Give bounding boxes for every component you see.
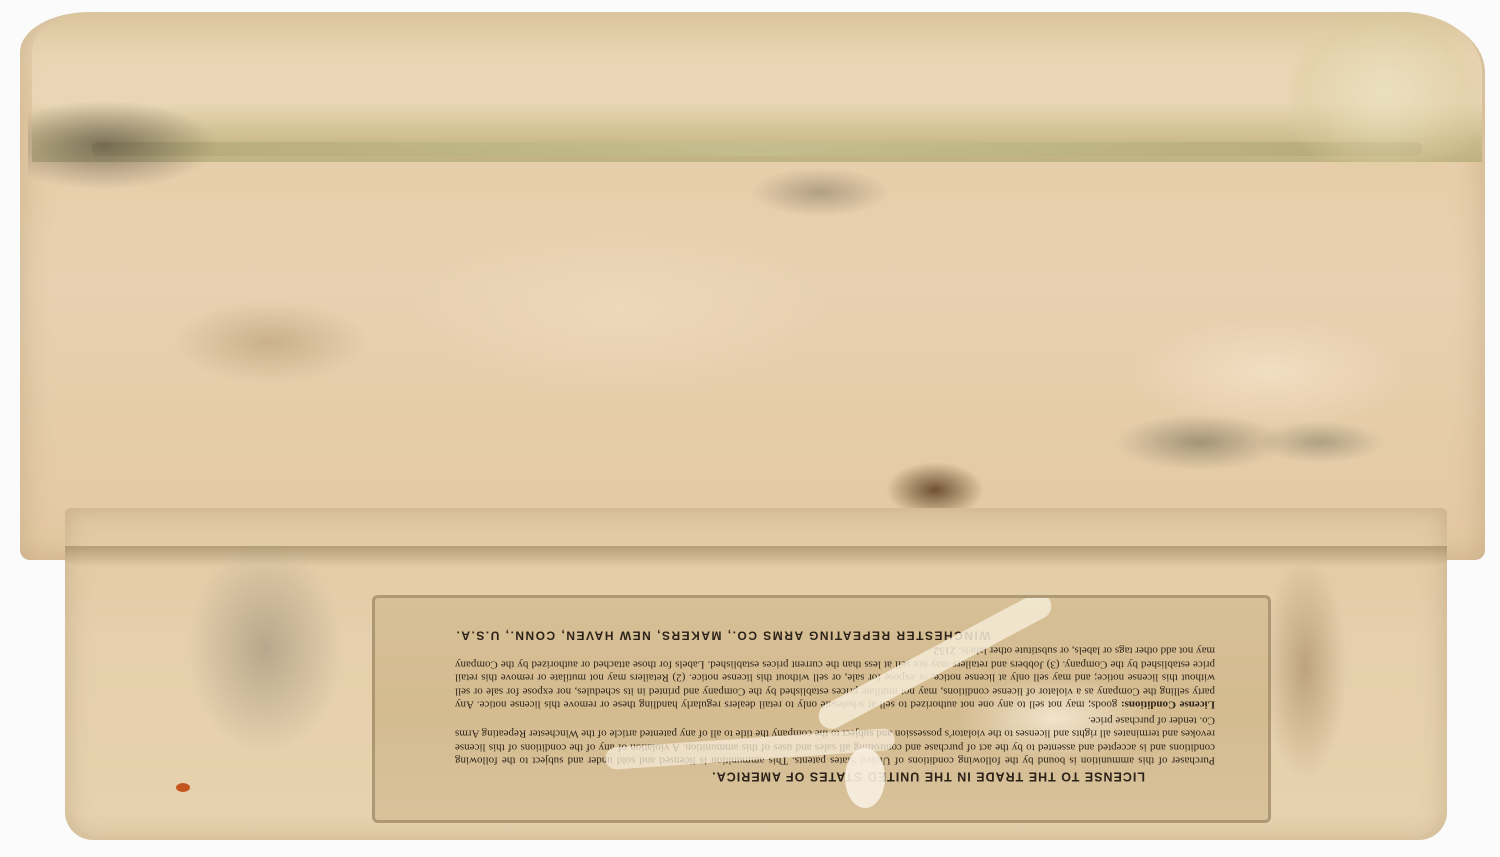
lid-corner-wear-right <box>1290 12 1480 172</box>
lid-corner-wear-left <box>28 100 218 190</box>
label-heading: LICENSE TO THE TRADE IN THE UNITED STATE… <box>455 769 1215 783</box>
label-scratch <box>845 748 885 808</box>
label-maker-footer: WINCHESTER REPEATING ARMS CO., MAKERS, N… <box>455 628 1215 642</box>
tray-rim <box>65 546 1447 566</box>
photo-scene: LICENSE TO THE TRADE IN THE UNITED STATE… <box>0 0 1500 857</box>
label-conditions-title: License Conditions: <box>1121 699 1215 711</box>
rust-stain <box>176 783 190 792</box>
license-label: LICENSE TO THE TRADE IN THE UNITED STATE… <box>372 595 1271 823</box>
lid-top-edge <box>32 12 1482 162</box>
